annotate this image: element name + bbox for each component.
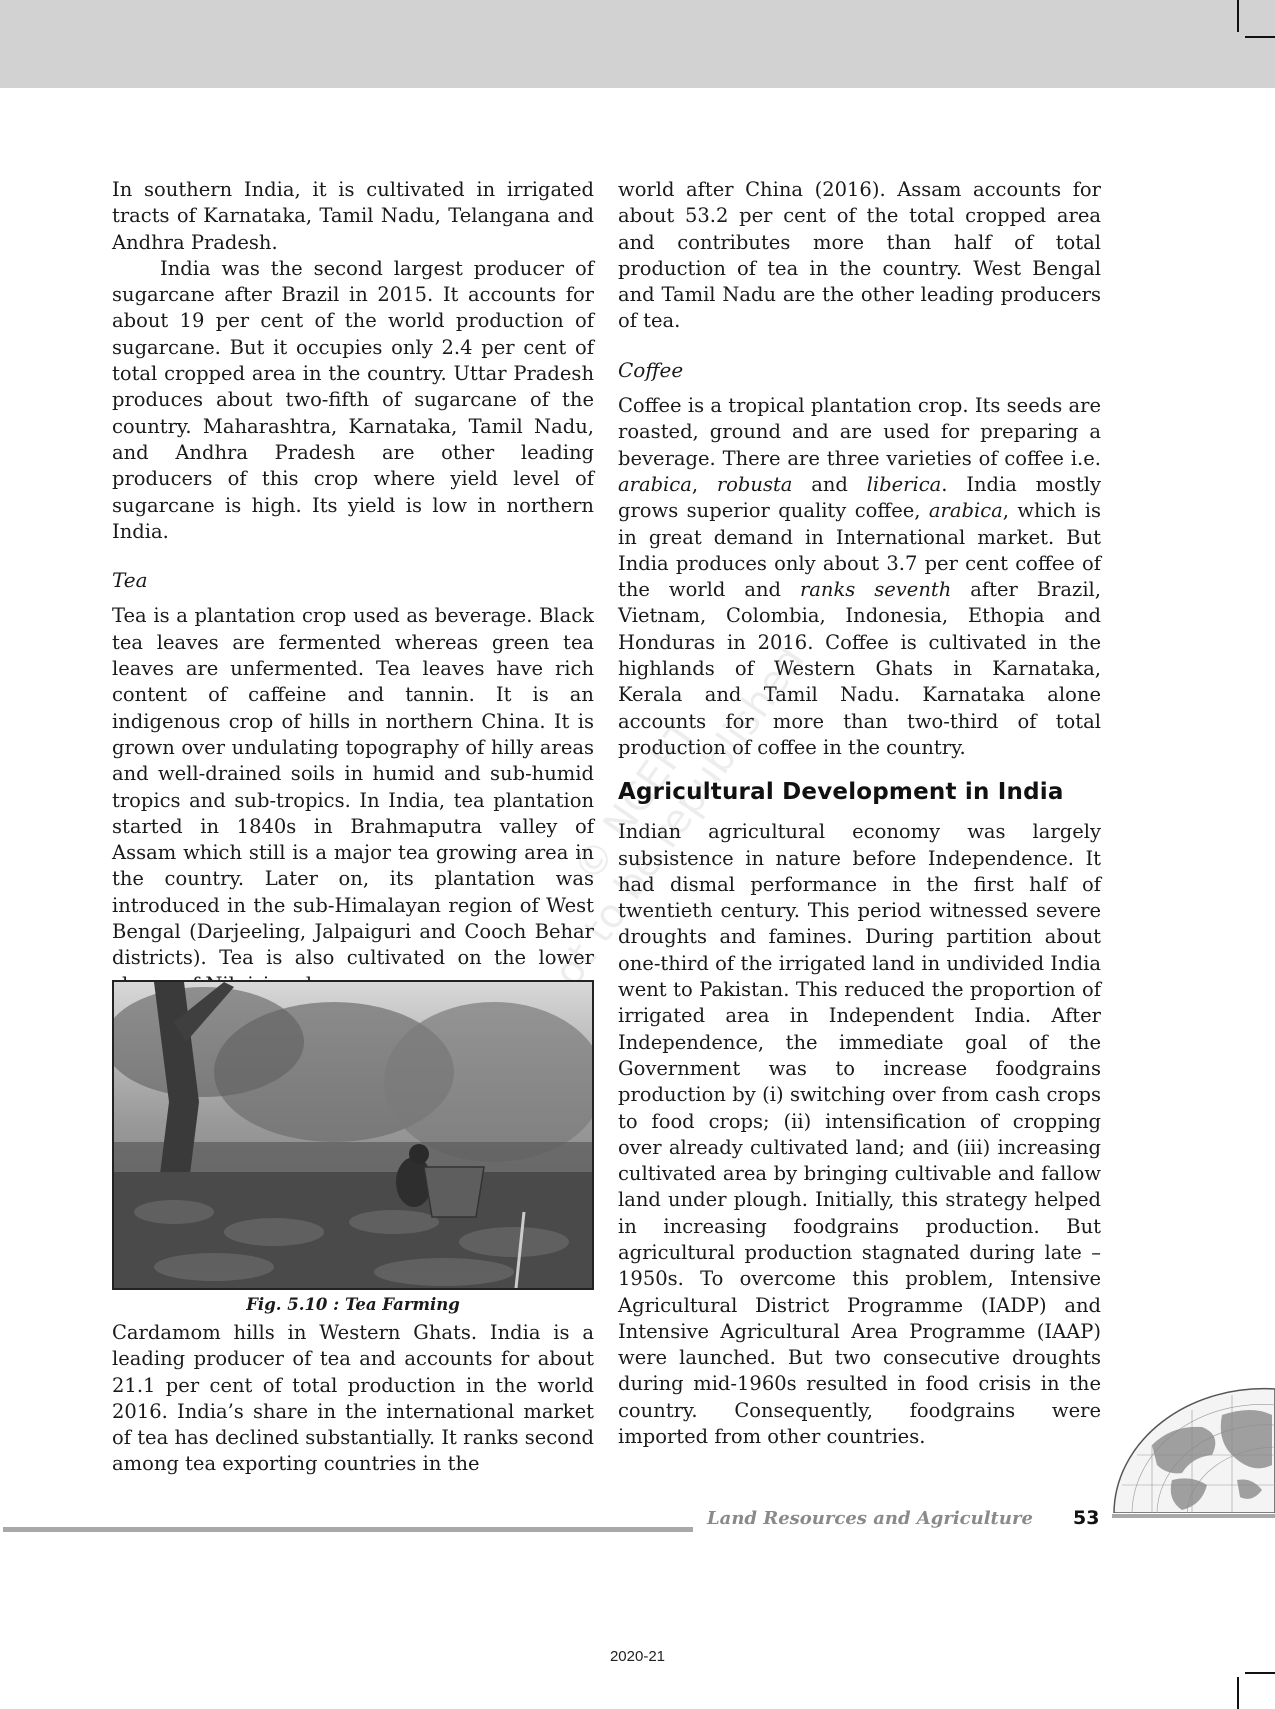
paragraph-tea-end: world after China (2016). Assam accounts… xyxy=(618,177,1101,335)
term-robusta: robusta xyxy=(717,473,793,496)
term-arabica: arabica xyxy=(618,473,692,496)
term-arabica-2: arabica xyxy=(929,499,1003,522)
subheading-coffee: Coffee xyxy=(618,357,1101,383)
term-liberica: liberica xyxy=(867,473,942,496)
crop-mark-top-vertical xyxy=(1237,0,1239,32)
left-column: In southern India, it is cultivated in i… xyxy=(112,177,594,998)
top-scan-band xyxy=(0,0,1275,88)
section-heading-agricultural-development: Agricultural Development in India xyxy=(618,777,1101,807)
paragraph-sugarcane-production: India was the second largest producer of… xyxy=(112,256,594,545)
right-column: world after China (2016). Assam accounts… xyxy=(618,177,1101,1450)
paragraph-tea-continued: Cardamom hills in Western Ghats. India i… xyxy=(112,1320,594,1478)
crop-mark-bottom-horizontal xyxy=(1245,1672,1275,1674)
left-column-continued: Cardamom hills in Western Ghats. India i… xyxy=(112,1320,594,1478)
edition-year: 2020-21 xyxy=(0,1648,1275,1665)
paragraph-sugarcane-south: In southern India, it is cultivated in i… xyxy=(112,177,594,256)
figure-caption: Fig. 5.10 : Tea Farming xyxy=(112,1295,594,1314)
subheading-tea: Tea xyxy=(112,567,594,593)
footer-rule xyxy=(3,1527,693,1532)
term-ranks-seventh: ranks seventh xyxy=(800,578,951,601)
crop-mark-top-horizontal xyxy=(1245,36,1275,38)
page-number: 53 xyxy=(1073,1507,1099,1529)
crop-mark-bottom-vertical xyxy=(1237,1677,1239,1709)
paragraph-coffee: Coffee is a tropical plantation crop. It… xyxy=(618,393,1101,761)
tea-farming-photo-icon xyxy=(114,982,592,1288)
paragraph-agricultural-development: Indian agricultural economy was largely … xyxy=(618,819,1101,1450)
figure-tea-farming-photo xyxy=(112,980,594,1290)
paragraph-tea: Tea is a plantation crop used as beverag… xyxy=(112,603,594,997)
globe-map-icon xyxy=(1112,1385,1275,1513)
globe-underline xyxy=(1112,1514,1275,1518)
running-title: Land Resources and Agriculture xyxy=(707,1508,1033,1529)
